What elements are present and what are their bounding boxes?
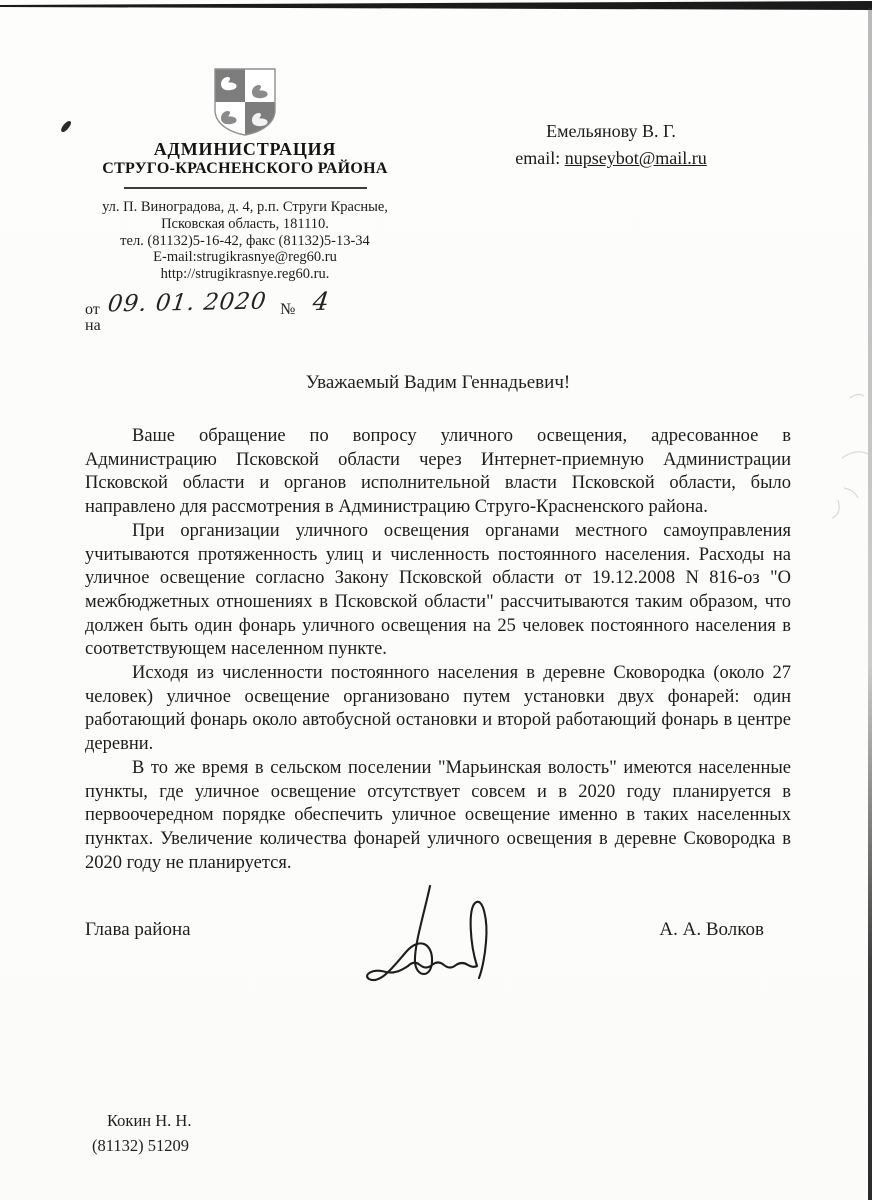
coat-of-arms-icon: [214, 68, 276, 136]
paragraph-2: При организации уличного освещения орган…: [85, 520, 791, 662]
pencil-squiggle-artifact: [820, 380, 872, 530]
address-street: ул. П. Виноградова, д. 4, р.п. Струги Кр…: [55, 199, 435, 216]
salutation: Уважаемый Вадим Геннадьевич!: [85, 371, 791, 395]
scan-top-edge-artifact: [0, 0, 872, 14]
from-label: от: [85, 301, 100, 318]
executor-name: Кокин Н. Н.: [92, 1108, 191, 1133]
org-name-line2: СТРУГО-КРАСНЕНСКОГО РАЙОНА: [55, 159, 435, 178]
letterhead: АДМИНИСТРАЦИЯ СТРУГО-КРАСНЕНСКОГО РАЙОНА…: [55, 68, 435, 283]
address-region: Псковская область, 181110.: [55, 216, 435, 233]
address-website: http://strugikrasnye.reg60.ru.: [55, 266, 435, 283]
number-label: №: [280, 301, 295, 318]
handwritten-number: 4: [312, 287, 333, 316]
reply-to-label: на: [85, 317, 101, 335]
letterhead-divider: [124, 187, 367, 189]
recipient-email-link[interactable]: nupseybot@mail.ru: [565, 148, 707, 168]
signature-autograph-icon: [362, 884, 507, 1002]
letterhead-address: ул. П. Виноградова, д. 4, р.п. Струги Кр…: [55, 199, 435, 283]
paragraph-3: Исходя из численности постоянного населе…: [85, 662, 791, 757]
paragraph-4: В то же время в сельском поселении "Марь…: [85, 757, 791, 876]
org-name-line1: АДМИНИСТРАЦИЯ: [55, 140, 435, 159]
signer-position: Глава района: [85, 918, 191, 942]
address-phone-fax: тел. (81132)5-16-42, факс (81132)5-13-34: [55, 233, 435, 250]
scanned-letter-page: АДМИНИСТРАЦИЯ СТРУГО-КРАСНЕНСКОГО РАЙОНА…: [0, 0, 872, 1200]
executor-contact: Кокин Н. Н. (81132) 51209: [92, 1108, 191, 1158]
recipient-email-line: email: nupseybot@mail.ru: [480, 145, 742, 172]
scan-right-edge-artifact: [868, 8, 872, 1200]
paragraph-1: Ваше обращение по вопросу уличного освещ…: [85, 425, 791, 520]
letter-body: Уважаемый Вадим Геннадьевич! Ваше обраще…: [85, 371, 791, 875]
handwritten-date: 09. 01. 2020: [106, 289, 268, 318]
recipient-block: Емельянову В. Г. email: nupseybot@mail.r…: [480, 118, 742, 172]
address-email: E-mail:strugikrasnye@reg60.ru: [55, 249, 435, 266]
recipient-name: Емельянову В. Г.: [480, 118, 742, 145]
email-label: email:: [515, 148, 564, 168]
reference-line: от09. 01. 2020№4: [85, 291, 330, 320]
executor-phone: (81132) 51209: [92, 1133, 191, 1158]
signer-name: А. А. Волков: [659, 918, 764, 942]
